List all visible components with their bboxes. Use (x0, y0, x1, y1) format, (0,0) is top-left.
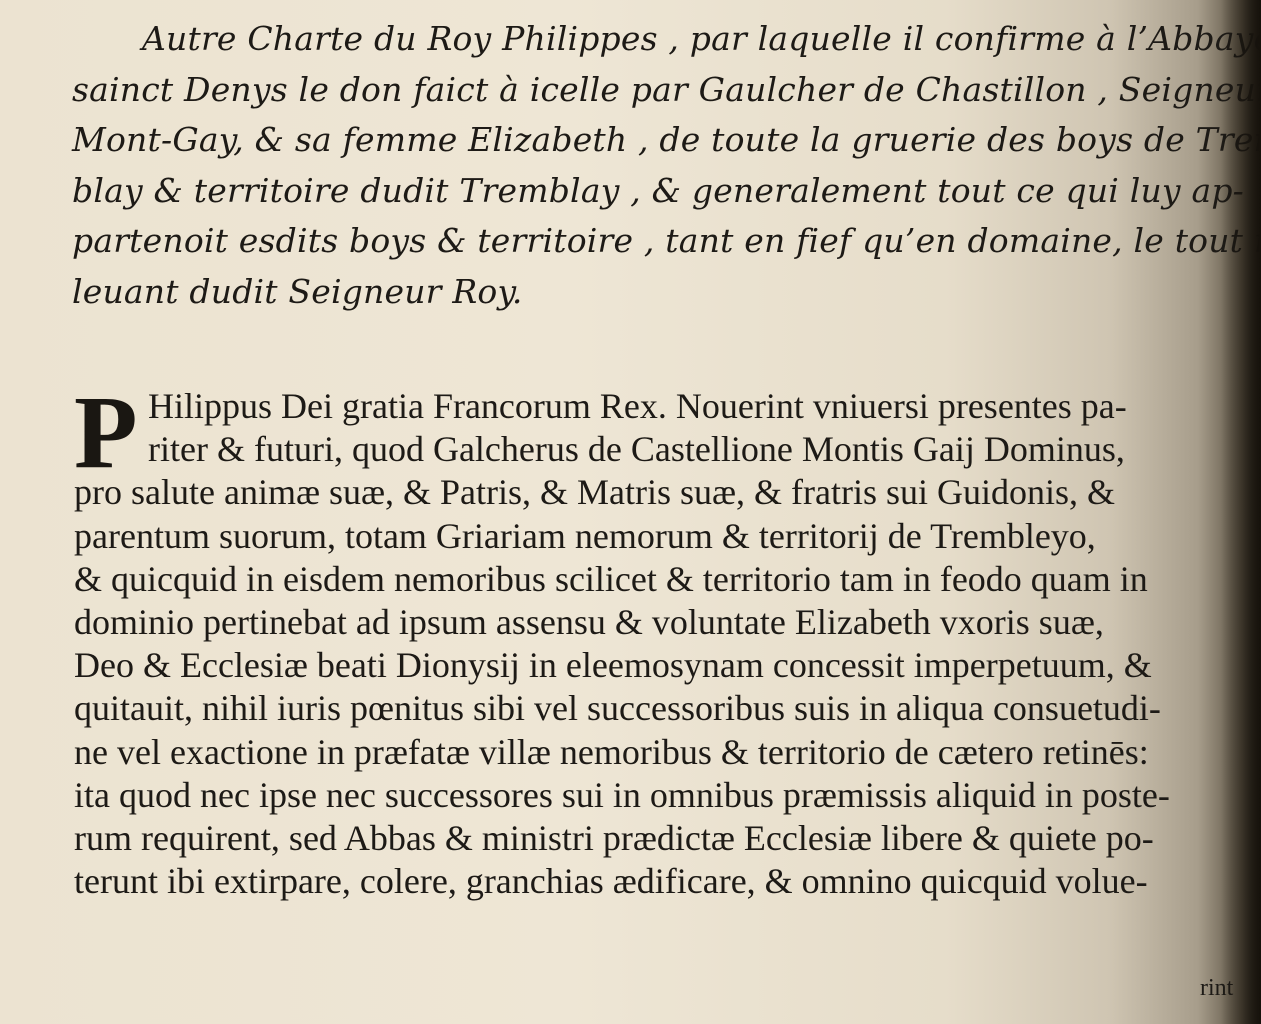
summary-line: leuant dudit Seigneur Roy. (72, 267, 1261, 318)
charter-line: Deo & Ecclesiæ beati Dionysij in eleemos… (74, 644, 1261, 687)
charter-line: rum requirent, sed Abbas & ministri præd… (74, 817, 1261, 860)
charter-line: Hilippus Dei gratia Francorum Rex. Nouer… (74, 385, 1261, 428)
charter-summary-heading: Autre Charte du Roy Philippes , par laqu… (72, 14, 1261, 317)
charter-line: parentum suorum, totam Griariam nemorum … (74, 515, 1261, 558)
charter-line: ne vel exactione in præfatæ villæ nemori… (74, 731, 1261, 774)
page-gutter-shadow (1221, 0, 1261, 1024)
charter-line: quitauit, nihil iuris pœnitus sibi vel s… (74, 687, 1261, 730)
charter-line: riter & futuri, quod Galcherus de Castel… (74, 428, 1261, 471)
charter-line: dominio pertinebat ad ipsum assensu & vo… (74, 601, 1261, 644)
summary-line: partenoit esdits boys & territoire , tan… (72, 216, 1261, 267)
charter-line: pro salute animæ suæ, & Patris, & Matris… (74, 471, 1261, 514)
book-page: Autre Charte du Roy Philippes , par laqu… (0, 0, 1261, 1024)
latin-charter-body: Hilippus Dei gratia Francorum Rex. Nouer… (74, 385, 1261, 903)
charter-line: terunt ibi extirpare, colere, granchias … (74, 860, 1261, 903)
summary-line: Mont-Gay, & sa femme Elizabeth , de tout… (72, 115, 1261, 166)
charter-line: ita quod nec ipse nec successores sui in… (74, 774, 1261, 817)
summary-line: Autre Charte du Roy Philippes , par laqu… (72, 14, 1261, 65)
summary-line: sainct Denys le don faict à icelle par G… (72, 65, 1261, 116)
summary-line: blay & territoire dudit Tremblay , & gen… (72, 166, 1261, 217)
charter-line: & quicquid in eisdem nemoribus scilicet … (74, 558, 1261, 601)
